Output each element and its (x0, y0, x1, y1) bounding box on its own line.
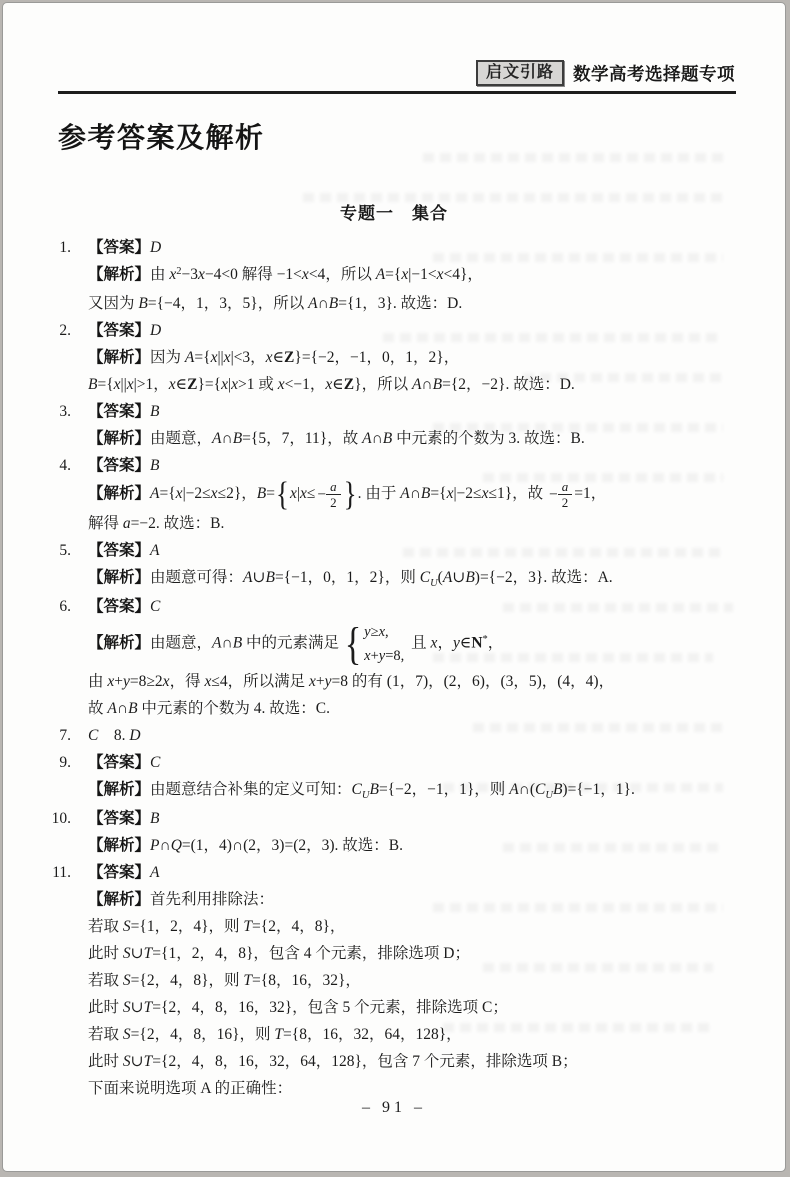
math-run: T (144, 945, 153, 962)
math-run: x (211, 485, 218, 502)
math-text: B (150, 810, 159, 827)
math-run: x (300, 485, 307, 502)
text-line: 【解析】由题意，A∩B={5，7，11}，故 A∩B 中元素的个数为 3. 故选… (88, 425, 745, 452)
item-body: C 8. D (88, 722, 745, 749)
math-text: D (150, 322, 161, 339)
math-run: 2 (562, 495, 569, 510)
math-run: =−2 (131, 515, 156, 532)
bracket-label: 【解析】 (88, 569, 150, 586)
math-run: =8≥2 (130, 673, 163, 690)
math-run: ∩ (159, 837, 170, 854)
math-run: S (123, 1053, 131, 1070)
plain-text: ， (444, 349, 460, 366)
text-line: 【解析】首先利用排除法： (88, 886, 745, 913)
text-line: 【解析】由题意可得：A∪B={−1，0，1，2}，则 CU(A∪B)={−2，3… (88, 564, 745, 593)
plain-text: 若取 (88, 972, 123, 989)
math-text: A∩B={5，7，11} (212, 430, 327, 447)
math-run: ={1，2，4，8} (152, 945, 253, 962)
math-run: =8, (385, 648, 404, 664)
plain-text: 由题意可得： (150, 569, 243, 586)
plain-text: ，故 (327, 430, 362, 447)
fraction-denominator: 2 (326, 494, 341, 510)
math-run: x (266, 349, 273, 366)
math-text: x|x≤ (290, 485, 315, 502)
item-number: 3. (41, 398, 71, 452)
item-number: 10. (41, 805, 71, 859)
text-line: 【答案】A (88, 859, 745, 886)
plain-text: 若取 (88, 1026, 123, 1043)
plain-text: 首先利用排除法： (150, 891, 274, 908)
math-run: ∈ (176, 376, 187, 393)
math-run: ∩ (318, 295, 329, 312)
section-heading: 专题一 集合 (3, 199, 785, 224)
math-run: B (138, 295, 147, 312)
math-run: } (354, 376, 361, 393)
text-line: 【解析】因为 A={x||x|<3，x∈Z}={−2，−1，0，1，2}， (88, 344, 745, 371)
subscript: U (430, 578, 438, 589)
math-text: A∪B={−1，0，1，2} (243, 569, 385, 586)
bracket-label: 【答案】 (88, 598, 150, 615)
math-run: x (198, 266, 205, 283)
math-run: ={ (430, 485, 446, 502)
math-run: |−2≤ (453, 485, 481, 502)
scanned-book-page: { "header": { "brand": "启文引路", "subject"… (0, 0, 790, 1177)
plain-text: 此时 (88, 999, 123, 1016)
math-run: C (420, 569, 430, 586)
math-run: ={5，7，11} (242, 430, 327, 447)
item-body: 【答案】D【解析】由 x2−3x−4<0 解得 −1<x<4，所以 A={x|−… (88, 234, 745, 317)
math-run: ∩ (117, 700, 128, 717)
math-run: ={2，4，8，16} (131, 1026, 240, 1043)
math-run: B (433, 376, 442, 393)
math-run: )={−1，1} (562, 781, 631, 798)
math-text: C (150, 598, 160, 615)
math-run: Q (171, 837, 182, 854)
big-delimiter: { (275, 478, 290, 512)
plain-text: ，所以 (325, 266, 375, 283)
math-run: ∩( (519, 781, 535, 798)
header-rule (58, 91, 736, 94)
math-text: B (150, 457, 159, 474)
math-run: C (535, 781, 545, 798)
math-run: y (453, 635, 460, 652)
bracket-label: 【答案】 (88, 864, 150, 881)
item-body: 【答案】A【解析】首先利用排除法：若取 S={1，2，4}，则 T={2，4，8… (88, 859, 745, 1102)
plain-text: 由题意结合补集的定义可知： (150, 781, 352, 798)
math-text: A∩B={x|−2≤x≤1} (400, 485, 512, 502)
item-body: 【答案】C【解析】由题意结合补集的定义可知：CUB={−2，−1，1}，则 A∩… (88, 749, 745, 805)
math-run: B (150, 810, 159, 827)
text-line: 故 A∩B 中元素的个数为 4. 故选：C. (88, 695, 745, 722)
math-run: A (243, 569, 252, 586)
left-brace: { (345, 621, 362, 667)
math-run: x (114, 376, 121, 393)
plain-text: 中元素的个数为 4. 故选：C. (138, 700, 330, 717)
bracket-label: 【答案】 (88, 754, 150, 771)
math-text: 2 (562, 495, 569, 510)
plain-text: . 故选：B. (335, 837, 403, 854)
plain-text: ，所以满足 (228, 673, 309, 690)
math-run: ={8，16，32，64，128} (283, 1026, 446, 1043)
plain-text: ，则 (209, 918, 244, 935)
math-run: ={ (194, 349, 210, 366)
math-run: ={−1，0，1，2} (275, 569, 385, 586)
plain-text: . 故选：A. (543, 569, 612, 586)
math-run: y (123, 673, 130, 690)
plain-text: ，故 (512, 485, 547, 502)
bracket-label: 【解析】 (88, 430, 150, 447)
superscript: * (483, 634, 488, 645)
plain-text: ， (488, 635, 504, 652)
item-number: 9. (41, 749, 71, 805)
math-text: D (150, 239, 161, 256)
plain-text: 由题意， (150, 635, 212, 652)
math-text: C (88, 727, 98, 744)
math-text: B={−4，1，3，5} (138, 295, 257, 312)
fraction-sign: − (317, 481, 326, 508)
plain-text: . 由于 (358, 485, 401, 502)
math-run: ∈ (460, 635, 471, 652)
math-run: =1 (574, 485, 591, 502)
bracket-label: 【解析】 (88, 635, 150, 652)
math-run: S (123, 945, 131, 962)
text-line: 此时 S∪T={2，4，8，16，32，64，128}，包含 7 个元素，排除选… (88, 1048, 745, 1075)
math-run: A (107, 700, 116, 717)
page-title: 参考答案及解析 (58, 116, 265, 156)
math-run: A (212, 635, 221, 652)
math-text: A∩B={2，−2} (412, 376, 506, 393)
text-line: 【解析】A={x|−2≤x≤2}，B={x|x≤−a2}. 由于 A∩B={x|… (88, 479, 745, 510)
math-run: ∪ (131, 945, 144, 962)
plain-text: ， (345, 972, 361, 989)
math-text: A (150, 864, 159, 881)
text-line: 【解析】由题意，A∩B 中的元素满足{y≥x,x+y=8, 且 x，y∈N*， (88, 620, 745, 668)
plain-text: ，包含 7 个元素，排除选项 B； (362, 1053, 578, 1070)
math-run: }={ (197, 376, 221, 393)
math-text: D (129, 727, 140, 744)
bracket-label: 【答案】 (88, 403, 150, 420)
bracket-label: 【答案】 (88, 322, 150, 339)
text-line: 【答案】A (88, 537, 745, 564)
math-run: x (169, 376, 176, 393)
math-run: B (150, 457, 159, 474)
answers-list: 1.【答案】D【解析】由 x2−3x−4<0 解得 −1<x<4，所以 A={x… (41, 234, 745, 1102)
fraction-sign: − (549, 481, 558, 508)
math-run: + (316, 673, 325, 690)
math-run: ≤ (307, 485, 316, 502)
math-run: A (150, 864, 159, 881)
math-run: ∈ (273, 349, 284, 366)
math-text: −3x−4<0 (182, 266, 238, 283)
bold-set-symbol: Z (187, 376, 197, 393)
math-run: T (144, 1053, 153, 1070)
math-run: =(1，4)∩(2，3)=(2，3) (182, 837, 335, 854)
math-text: S∪T={2，4，8，16，32，64，128} (123, 1053, 362, 1070)
math-run: ∩ (410, 485, 421, 502)
plain-text: ， (599, 673, 615, 690)
math-text: x+y=8 (309, 673, 348, 690)
math-run: ={1，3} (338, 295, 393, 312)
plain-text: ，则 (209, 972, 244, 989)
math-run: x (309, 673, 316, 690)
plain-text: 或 (258, 376, 274, 393)
fraction-stack: a2 (558, 479, 573, 510)
math-run: A (362, 430, 371, 447)
math-run: S (123, 918, 131, 935)
math-text: y≥x, (364, 624, 388, 640)
math-run: D (150, 239, 161, 256)
math-run: T (274, 1026, 283, 1043)
bracket-label: 【答案】 (88, 542, 150, 559)
plain-text: ， (591, 485, 607, 502)
math-run: S (123, 999, 131, 1016)
math-run: <4 (309, 266, 326, 283)
item-number: 2. (41, 317, 71, 398)
plain-text: ，所以 (362, 376, 412, 393)
math-run: a (562, 479, 569, 494)
math-run: x (302, 266, 309, 283)
bracket-label: 【答案】 (88, 239, 150, 256)
text-line: 【答案】D (88, 234, 745, 261)
math-run: x (163, 673, 170, 690)
plain-text: . 故选：B. (156, 515, 224, 532)
math-run: a (330, 479, 337, 494)
math-run: ={2，4，8} (131, 972, 209, 989)
math-text: B)={−1，1} (553, 781, 631, 798)
plain-text: ， (446, 1026, 462, 1043)
plain-text: ，则 (474, 781, 509, 798)
math-text: B={x||x|>1，x∈ (88, 376, 187, 393)
bracket-label: 【解析】 (88, 349, 150, 366)
plain-text: . (631, 781, 635, 798)
plain-text: . 故选：D. (505, 376, 574, 393)
plain-text: 解得 (238, 266, 277, 283)
answer-item: 1.【答案】D【解析】由 x2−3x−4<0 解得 −1<x<4，所以 A={x… (41, 234, 745, 317)
math-run: B (233, 635, 242, 652)
math-text: S={2，4，8} (123, 972, 209, 989)
math-run: D (150, 322, 161, 339)
subscript: U (545, 790, 553, 801)
plain-text: 又因为 (88, 295, 138, 312)
math-run: a (123, 515, 131, 532)
math-run: B (128, 700, 137, 717)
plain-text: 下面来说明选项 A 的正确性： (88, 1080, 292, 1097)
plain-text: 解得 (88, 515, 123, 532)
superscript: 2 (176, 266, 181, 277)
math-text: a=−2 (123, 515, 156, 532)
math-text: T={8，16，32，64，128} (274, 1026, 446, 1043)
page-header: 启文引路 数学高考选择题专项 (476, 60, 735, 86)
text-line: 若取 S={2，4，8，16}，则 T={8，16，32，64，128}， (88, 1021, 745, 1048)
math-run: ={−4，1，3，5} (148, 295, 258, 312)
math-run: ∪ (131, 1053, 144, 1070)
math-run: <4} (443, 266, 467, 283)
math-text: A∩(C (509, 781, 545, 798)
math-run: B (421, 485, 430, 502)
plain-text: ，得 (170, 673, 205, 690)
system-row: y≥x, (364, 620, 404, 644)
math-run: ={ (97, 376, 113, 393)
plain-text: 的有 (348, 673, 387, 690)
system-row: x+y=8, (364, 644, 404, 668)
text-line: 【答案】C (88, 593, 745, 620)
plain-text: 因为 (150, 349, 185, 366)
math-text: A={x|−1<x<4} (376, 266, 468, 283)
bold-set-symbol: Z (284, 349, 294, 366)
math-run: }={−2，−1，0，1，2} (294, 349, 443, 366)
math-run: ={2，4，8，16，32，64，128} (152, 1053, 362, 1070)
math-text: x+y=8, (364, 648, 404, 664)
math-run: = (266, 485, 275, 502)
text-line: 若取 S={2，4，8}，则 T={8，16，32}， (88, 967, 745, 994)
plain-text: 中的元素满足 (242, 635, 339, 652)
text-line: B={x||x|>1，x∈Z}={x|x>1 或 x<−1，x∈Z}，所以 A∩… (88, 371, 745, 398)
text-line: 由 x+y=8≥2x，得 x≤4，所以满足 x+y=8 的有 (1，7)，(2，… (88, 668, 745, 695)
math-run: ∩ (372, 430, 383, 447)
math-run: A (412, 376, 421, 393)
math-run: B (329, 295, 338, 312)
math-run: =8 (332, 673, 349, 690)
math-run: |−2≤ (183, 485, 211, 502)
math-run: B (553, 781, 562, 798)
math-text: A∩B (107, 700, 137, 717)
fraction-denominator: 2 (558, 494, 573, 510)
math-text: =1 (574, 485, 591, 502)
plain-text: 中元素的个数为 3. 故选：B. (392, 430, 584, 447)
math-run: A (185, 349, 194, 366)
text-line: 又因为 B={−4，1，3，5}，所以 A∩B={1，3}. 故选：D. (88, 290, 745, 317)
math-text: S={2，4，8，16} (123, 1026, 240, 1043)
bracket-label: 【解析】 (88, 485, 150, 502)
item-body: 【答案】A【解析】由题意可得：A∪B={−1，0，1，2}，则 CU(A∪B)=… (88, 537, 745, 593)
math-text: B={−2，−1，1} (369, 781, 474, 798)
math-text: C (420, 569, 430, 586)
answer-item: 7.C 8. D (41, 722, 745, 749)
item-number: 7. (41, 722, 71, 749)
fraction-stack: a2 (326, 479, 341, 510)
fraction: −a2 (549, 479, 572, 510)
math-run: ={2，4，8} (252, 918, 330, 935)
fraction-numerator: a (326, 479, 341, 494)
math-text: } (354, 376, 361, 393)
text-line: 解得 a=−2. 故选：B. (88, 510, 745, 537)
math-text: x+y=8≥2x (107, 673, 169, 690)
math-run: B (465, 569, 474, 586)
item-body: 【答案】B【解析】由题意，A∩B={5，7，11}，故 A∩B 中元素的个数为 … (88, 398, 745, 452)
math-run: B (266, 569, 275, 586)
bracket-label: 【解析】 (88, 266, 150, 283)
bracket-label: 【解析】 (88, 891, 150, 908)
text-line: 此时 S∪T={2，4，8，16，32}，包含 5 个元素，排除选项 C； (88, 994, 745, 1021)
plain-text: . 故选：D. (393, 295, 462, 312)
answer-item: 4.【答案】B【解析】A={x|−2≤x≤2}，B={x|x≤−a2}. 由于 … (41, 452, 745, 537)
page-number: – 91 – (3, 1099, 785, 1117)
item-body: 【答案】C【解析】由题意，A∩B 中的元素满足{y≥x,x+y=8, 且 x，y… (88, 593, 745, 722)
math-run: ∪ (452, 569, 465, 586)
math-run: >1 (238, 376, 258, 393)
fraction-numerator: a (558, 479, 573, 494)
header-subject: 数学高考选择题专项 (573, 61, 735, 86)
math-run: −1< (277, 266, 302, 283)
answer-item: 3.【答案】B【解析】由题意，A∩B={5，7，11}，故 A∩B 中元素的个数… (41, 398, 745, 452)
math-run: C (88, 727, 98, 744)
math-run: ≤1} (488, 485, 512, 502)
math-run: , (385, 624, 389, 640)
math-run: B (383, 430, 392, 447)
text-line: C 8. D (88, 722, 745, 749)
item-number: 4. (41, 452, 71, 537)
math-text: 2 (330, 495, 337, 510)
math-run: 2 (330, 495, 337, 510)
math-text: P∩Q=(1，4)∩(2，3)=(2，3) (150, 837, 335, 854)
text-line: 【解析】由题意结合补集的定义可知：CUB={−2，−1，1}，则 A∩(CUB)… (88, 776, 745, 805)
math-text: S={1，2，4} (123, 918, 209, 935)
math-text: A∩B (212, 635, 242, 652)
math-run: S (123, 972, 131, 989)
math-run: |>1， (134, 376, 169, 393)
math-run: A (150, 542, 159, 559)
math-run: A (212, 430, 221, 447)
math-text: A={x|−2≤x≤2} (150, 485, 241, 502)
math-run: ={1，2，4} (131, 918, 209, 935)
math-text: C (150, 754, 160, 771)
brand-badge: 启文引路 (476, 60, 564, 86)
math-run: C (150, 598, 160, 615)
text-line: 【解析】由 x2−3x−4<0 解得 −1<x<4，所以 A={x|−1<x<4… (88, 261, 745, 290)
math-run: T (243, 918, 252, 935)
plain-text: 由题意， (150, 430, 212, 447)
plain-text: 此时 (88, 945, 123, 962)
math-text: x<−1，x∈ (274, 376, 344, 393)
math-run: + (371, 648, 379, 664)
bold-set-symbol: Z (344, 376, 354, 393)
text-line: 【答案】D (88, 317, 745, 344)
math-run: x (231, 376, 238, 393)
math-run: ={2，4，8，16，32} (152, 999, 292, 1016)
math-run: ∩ (222, 430, 233, 447)
math-text: a (330, 479, 337, 494)
plain-text: ，则 (385, 569, 420, 586)
answer-item: 11.【答案】A【解析】首先利用排除法：若取 S={1，2，4}，则 T={2，… (41, 859, 745, 1102)
math-run: ={ (385, 266, 401, 283)
math-run: x (224, 349, 231, 366)
math-text: A∩B={1，3} (308, 295, 393, 312)
math-run: x (290, 485, 297, 502)
math-run: ∈ (332, 376, 343, 393)
bracket-label: 【解析】 (88, 781, 150, 798)
math-text: B= (257, 485, 275, 502)
math-text: }={−2，−1，0，1，2} (294, 349, 443, 366)
math-run: D (129, 727, 140, 744)
math-run: A (400, 485, 409, 502)
math-run: ={2，−2} (442, 376, 505, 393)
math-run: )={−2，3} (475, 569, 544, 586)
item-number: 1. (41, 234, 71, 317)
math-text: A (150, 542, 159, 559)
math-run: ≤2} (218, 485, 242, 502)
item-number: 11. (41, 859, 71, 1102)
math-run: ∩ (421, 376, 432, 393)
text-line: 【答案】B (88, 805, 745, 832)
math-run: S (123, 1026, 131, 1043)
item-body: 【答案】D【解析】因为 A={x||x|<3，x∈Z}={−2，−1，0，1，2… (88, 317, 745, 398)
plain-text: 若取 (88, 918, 123, 935)
math-run: B (150, 403, 159, 420)
math-run: A (308, 295, 317, 312)
text-line: 若取 S={1，2，4}，则 T={2，4，8}， (88, 913, 745, 940)
bracket-label: 【答案】 (88, 810, 150, 827)
math-run: ∪ (131, 999, 144, 1016)
